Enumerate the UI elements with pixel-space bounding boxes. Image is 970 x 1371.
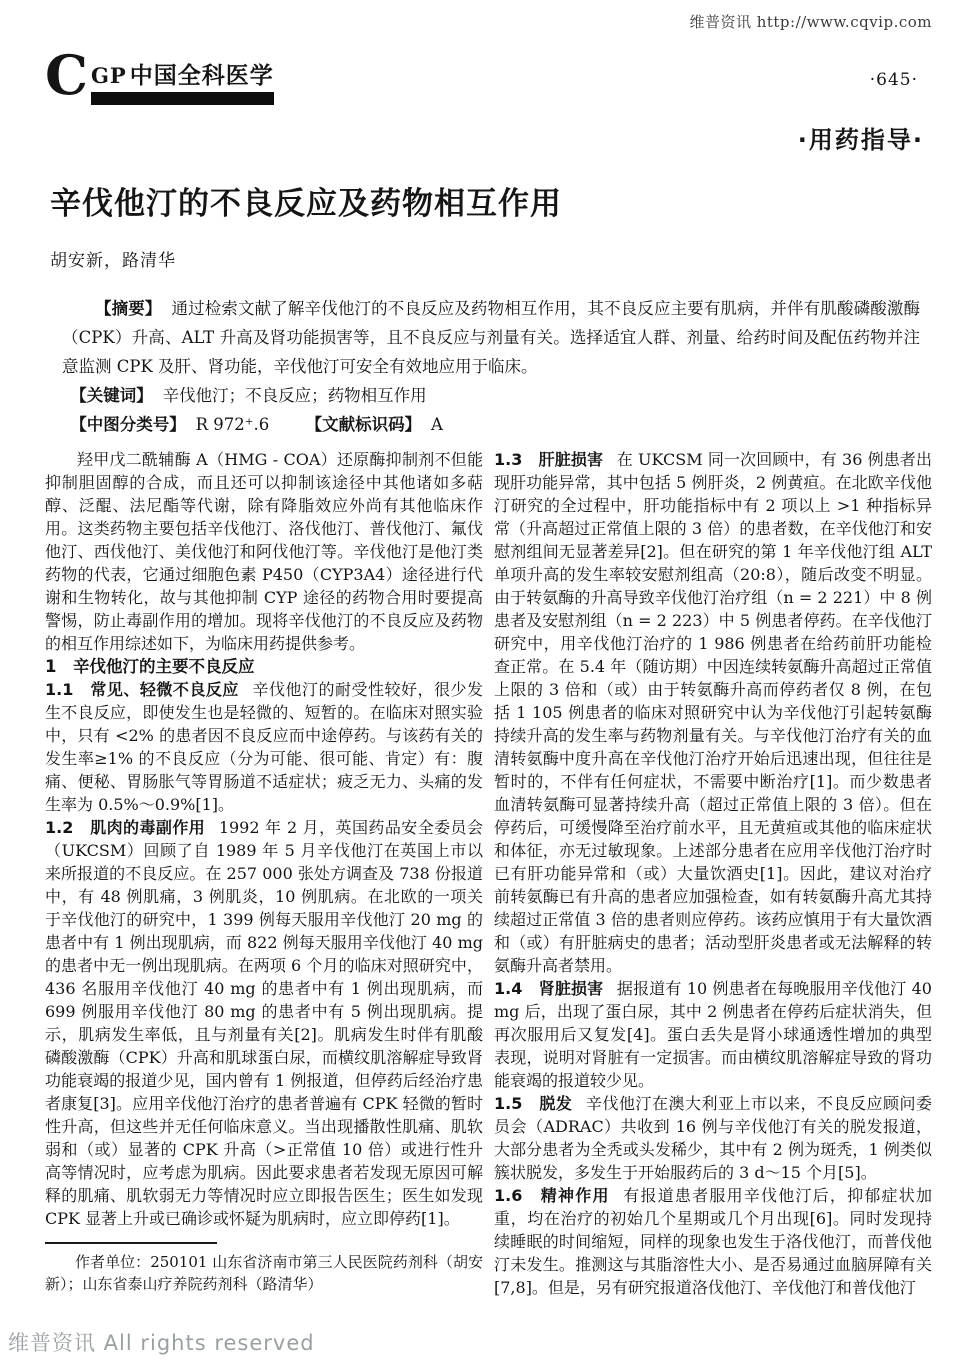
section-1-3-text: 在 UKCSM 同一次回顾中，有 36 例患者出现肝功能异常，其中包括 5 例肝… [494, 450, 932, 975]
logo-right-block: GP 中国全科医学 [91, 57, 274, 105]
section-1-2-paragraph: 1.2 肌肉的毒副作用1992 年 2 月，英国药品安全委员会（UKCSM）回顾… [45, 816, 483, 1230]
abstract-paragraph: 【摘要】通过检索文献了解辛伐他汀的不良反应及药物相互作用，其不良反应主要有肌病，… [62, 294, 920, 381]
column-section-label: ·用药指导· [798, 120, 924, 155]
clc-value: R 972⁺.6 [196, 415, 270, 434]
logo-bar [91, 92, 274, 105]
bottom-watermark: 维普资讯 All rights reserved [8, 1327, 315, 1357]
section-1-6-label: 1.6 精神作用 [494, 1186, 610, 1205]
logo-gp: GP [91, 63, 127, 88]
article-title: 辛伐他汀的不良反应及药物相互作用 [50, 178, 562, 223]
journal-logo: C GP 中国全科医学 [45, 54, 274, 105]
logo-letter-c: C [45, 54, 88, 97]
logo-top-row: GP 中国全科医学 [91, 57, 274, 90]
section-1-3-label: 1.3 肝脏损害 [494, 450, 603, 469]
keywords-label: 【关键词】 [70, 386, 153, 405]
section-1-2-text: 1992 年 2 月，英国药品安全委员会（UKCSM）回顾了自 1989 年 5… [45, 818, 483, 1228]
classification-line: 【中图分类号】R 972⁺.6【文献标识码】A [62, 410, 920, 439]
journal-page: 维普资讯 http://www.cqvip.com C GP 中国全科医学 ·6… [0, 0, 970, 1371]
doc-code-value: A [431, 415, 443, 434]
section-1-3-paragraph: 1.3 肝脏损害在 UKCSM 同一次回顾中，有 36 例患者出现肝功能异常，其… [494, 448, 932, 977]
keywords-line: 【关键词】辛伐他汀；不良反应；药物相互作用 [62, 381, 920, 410]
article-authors: 胡安新，路清华 [50, 246, 176, 271]
abstract-block: 【摘要】通过检索文献了解辛伐他汀的不良反应及药物相互作用，其不良反应主要有肌病，… [62, 294, 920, 439]
section-1-5-paragraph: 1.5 脱发辛伐他汀在澳大利亚上市以来，不良反应顾问委员会（ADRAC）共收到 … [494, 1092, 932, 1184]
top-watermark: 维普资讯 http://www.cqvip.com [689, 11, 932, 32]
author-affiliation-footnote: 作者单位：250101 山东省济南市第三人民医院药剂科（胡安新）；山东省泰山疗养… [45, 1242, 483, 1295]
section-1-1-label: 1.1 常见、轻微不良反应 [45, 680, 239, 699]
section-1-1-paragraph: 1.1 常见、轻微不良反应辛伐他汀的耐受性较好，很少发生不良反应，即使发生也是轻… [45, 678, 483, 816]
abstract-text: 通过检索文献了解辛伐他汀的不良反应及药物相互作用，其不良反应主要有肌病，并伴有肌… [62, 299, 920, 376]
left-column: 羟甲戊二酰辅酶 A（HMG - COA）还原酶抑制剂不但能抑制胆固醇的合成，而且… [45, 448, 483, 1295]
abstract-label: 【摘要】 [95, 299, 162, 318]
author-affiliation-text: 作者单位：250101 山东省济南市第三人民医院药剂科（胡安新）；山东省泰山疗养… [45, 1251, 483, 1295]
section-1-heading: 1 辛伐他汀的主要不良反应 [45, 655, 483, 678]
right-column: 1.3 肝脏损害在 UKCSM 同一次回顾中，有 36 例患者出现肝功能异常，其… [494, 448, 932, 1299]
section-1-1-text: 辛伐他汀的耐受性较好，很少发生不良反应，即使发生也是轻微的、短暂的。在临床对照实… [45, 680, 483, 814]
logo-journal-name: 中国全科医学 [130, 57, 274, 90]
section-1-4-label: 1.4 肾脏损害 [494, 979, 603, 998]
section-1-5-label: 1.5 脱发 [494, 1094, 572, 1113]
page-number: ·645· [870, 70, 918, 90]
section-1-2-label: 1.2 肌肉的毒副作用 [45, 818, 205, 837]
intro-paragraph: 羟甲戊二酰辅酶 A（HMG - COA）还原酶抑制剂不但能抑制胆固醇的合成，而且… [45, 448, 483, 655]
footnote-rule [45, 1242, 217, 1244]
section-1-4-paragraph: 1.4 肾脏损害据报道有 10 例患者在每晚服用辛伐他汀 40 mg 后，出现了… [494, 977, 932, 1092]
keywords-text: 辛伐他汀；不良反应；药物相互作用 [163, 386, 427, 405]
clc-label: 【中图分类号】 [70, 415, 186, 434]
doc-code-label: 【文献标识码】 [306, 415, 422, 434]
section-1-6-paragraph: 1.6 精神作用有报道患者服用辛伐他汀后，抑郁症状加重，均在治疗的初始几个星期或… [494, 1184, 932, 1299]
